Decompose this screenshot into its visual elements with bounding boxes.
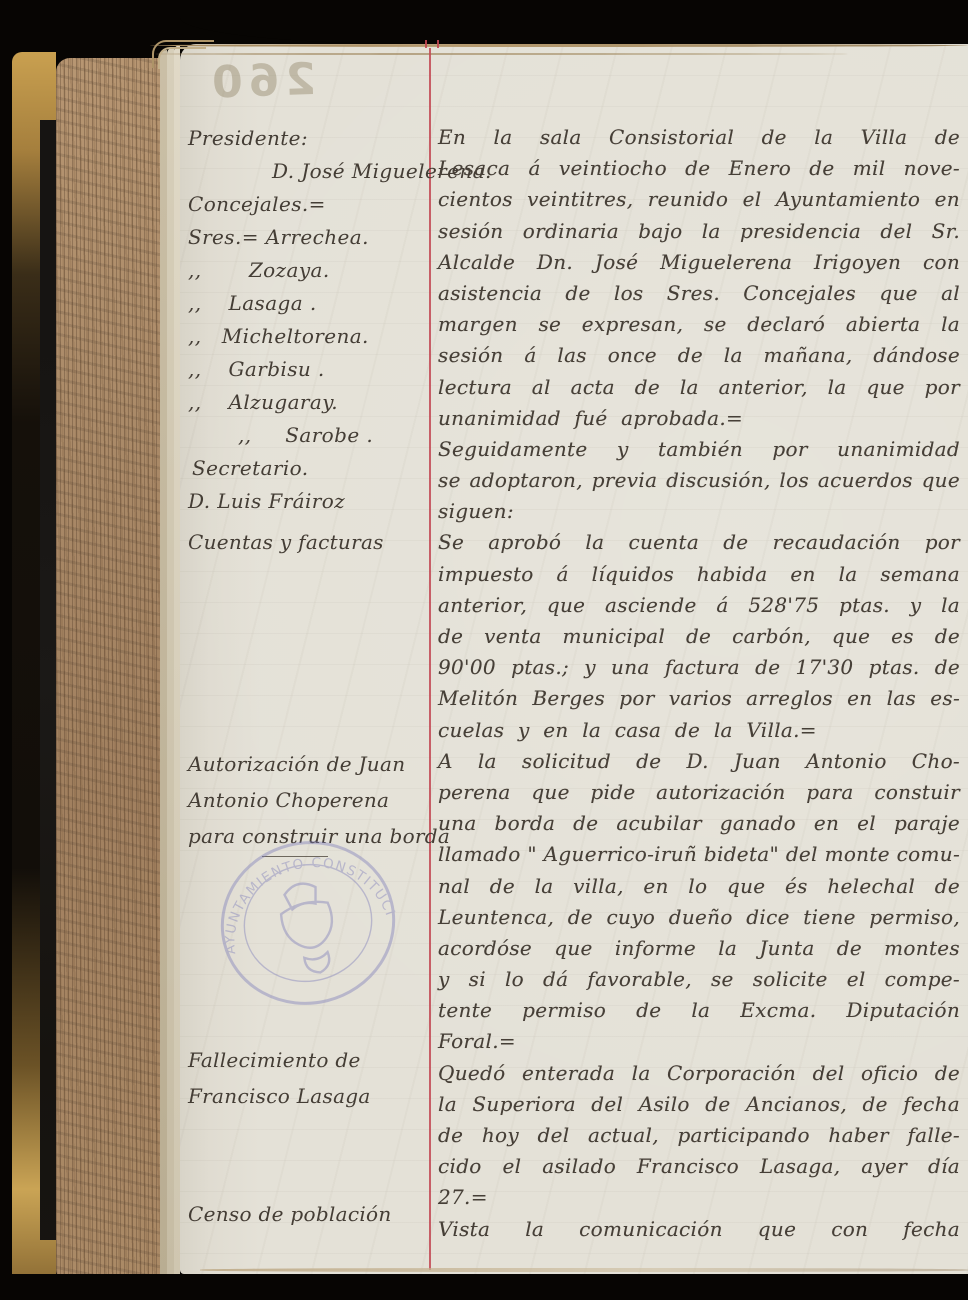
body-text-line: Seguidamente y también por unanimidad <box>438 434 960 465</box>
margin-roster-line: ,, Zozaya. <box>188 254 428 287</box>
page-edge-stack <box>56 58 160 1280</box>
margin-note-line: Censo de población <box>188 1196 438 1232</box>
background-bottom <box>0 1274 968 1300</box>
margin-note-censo: Censo de población <box>188 1196 438 1232</box>
body-text-line: se adoptaron, previa discusión, los acue… <box>438 465 960 496</box>
page-top-edge-line <box>155 53 848 55</box>
body-text-line: Se aprobó la cuenta de recaudación por <box>438 527 960 558</box>
body-text-line: siguen: <box>438 496 960 527</box>
body-text-line: llamado " Aguerrico-iruñ bideta" del mon… <box>438 839 960 870</box>
body-text-line: Lesaca á veintiocho de Enero de mil nove… <box>438 153 960 184</box>
body-text-line: perena que pide autorización para constu… <box>438 777 960 808</box>
body-text-line: Quedó enterada la Corporación del oficio… <box>438 1058 960 1089</box>
margin-roster-line: ,, Sarobe . <box>188 419 428 452</box>
margin-roster-line: Concejales.= <box>188 188 428 221</box>
bleed-through-page-number: 260 <box>195 54 317 109</box>
margin-roster-line: ,, Garbisu . <box>188 353 428 386</box>
body-text-line: y si lo dá favorable, se solicite el com… <box>438 964 960 995</box>
body-text-line: En la sala Consistorial de la Villa de <box>438 122 960 153</box>
page-top-edge-line <box>150 44 968 47</box>
margin-note-fallecimiento: Fallecimiento deFrancisco Lasaga <box>188 1042 438 1114</box>
body-text-line: asistencia de los Sres. Concejales que a… <box>438 278 960 309</box>
body-text-line: anterior, que asciende á 528'75 ptas. y … <box>438 590 960 621</box>
body-text-line: unanimidad fué aprobada.= <box>438 403 960 434</box>
margin-note-line: Cuentas y facturas <box>188 524 438 560</box>
body-text-line: acordóse que informe la Junta de montes <box>438 933 960 964</box>
margin-roster-line: Presidente: <box>188 122 428 155</box>
margin-underline-mark <box>262 856 328 857</box>
margin-roster-line: ,, Micheltorena. <box>188 320 428 353</box>
margin-roster-line: D. Luis Fráiroz <box>188 485 428 518</box>
body-text-line: margen se expresan, se declaró abierta l… <box>438 309 960 340</box>
body-text-line: de hoy del actual, participando haber fa… <box>438 1120 960 1151</box>
body-text-line: 27.= <box>438 1182 960 1213</box>
margin-roster-line: ,, Lasaga . <box>188 287 428 320</box>
margin-roster-line: Sres.= Arrechea. <box>188 221 428 254</box>
margin-rule-tick <box>425 40 439 48</box>
body-text-line: impuesto á líquidos habida en la semana <box>438 559 960 590</box>
body-text-line: cido el asilado Francisco Lasaga, ayer d… <box>438 1151 960 1182</box>
body-text-line: nal de la villa, en lo que és helechal d… <box>438 871 960 902</box>
margin-note-line: para construir una borda <box>188 818 438 854</box>
scanned-book-page: 260 Presidente:D. José Miguelerena.Conce… <box>0 0 968 1300</box>
body-text-line: cuelas y en la casa de la Villa.= <box>438 715 960 746</box>
body-text-line: una borda de acubilar ganado en el paraj… <box>438 808 960 839</box>
body-text-line: sesión ordinaria bajo la presidencia del… <box>438 216 960 247</box>
body-text-line: Melitón Berges por varios arreglos en la… <box>438 683 960 714</box>
margin-roster-line: ,, Alzugaray. <box>188 386 428 419</box>
minutes-body-text: En la sala Consistorial de la Villa deLe… <box>438 122 960 1245</box>
body-text-line: la Superiora del Asilo de Ancianos, de f… <box>438 1089 960 1120</box>
body-text-line: sesión á las once de la mañana, dándose <box>438 340 960 371</box>
body-text-line: Leuntenca, de cuyo dueño dice tiene perm… <box>438 902 960 933</box>
margin-note-line: Francisco Lasaga <box>188 1078 438 1114</box>
page-fan-edge <box>167 47 174 1284</box>
margin-note-line: Autorización de Juan <box>188 746 438 782</box>
page-fan-edge <box>160 50 167 1284</box>
margin-note-line: Fallecimiento de <box>188 1042 438 1078</box>
background-top-curve <box>180 0 968 44</box>
margin-attendee-roster: Presidente:D. José Miguelerena.Concejale… <box>188 122 428 518</box>
body-text-line: Alcalde Dn. José Miguelerena Irigoyen co… <box>438 247 960 278</box>
margin-note-autorizacion: Autorización de JuanAntonio Choperenapar… <box>188 746 438 854</box>
body-text-line: tente permiso de la Excma. Diputación <box>438 995 960 1026</box>
body-text-line: lectura al acta de la anterior, la que p… <box>438 372 960 403</box>
margin-note-line: Antonio Choperena <box>188 782 438 818</box>
body-text-line: 90'00 ptas.; y una factura de 17'30 ptas… <box>438 652 960 683</box>
body-text-line: A la solicitud de D. Juan Antonio Cho- <box>438 746 960 777</box>
margin-roster-line: Secretario. <box>188 452 428 485</box>
page-bottom-edge-line <box>200 1268 968 1272</box>
body-text-line: cientos veintitres, reunido el Ayuntamie… <box>438 184 960 215</box>
margin-note-cuentas: Cuentas y facturas <box>188 524 438 560</box>
body-text-line: Vista la comunicación que con fecha <box>438 1214 960 1245</box>
body-text-line: Foral.= <box>438 1026 960 1057</box>
margin-roster-line: D. José Miguelerena. <box>188 155 428 188</box>
body-text-line: de venta municipal de carbón, que es de <box>438 621 960 652</box>
